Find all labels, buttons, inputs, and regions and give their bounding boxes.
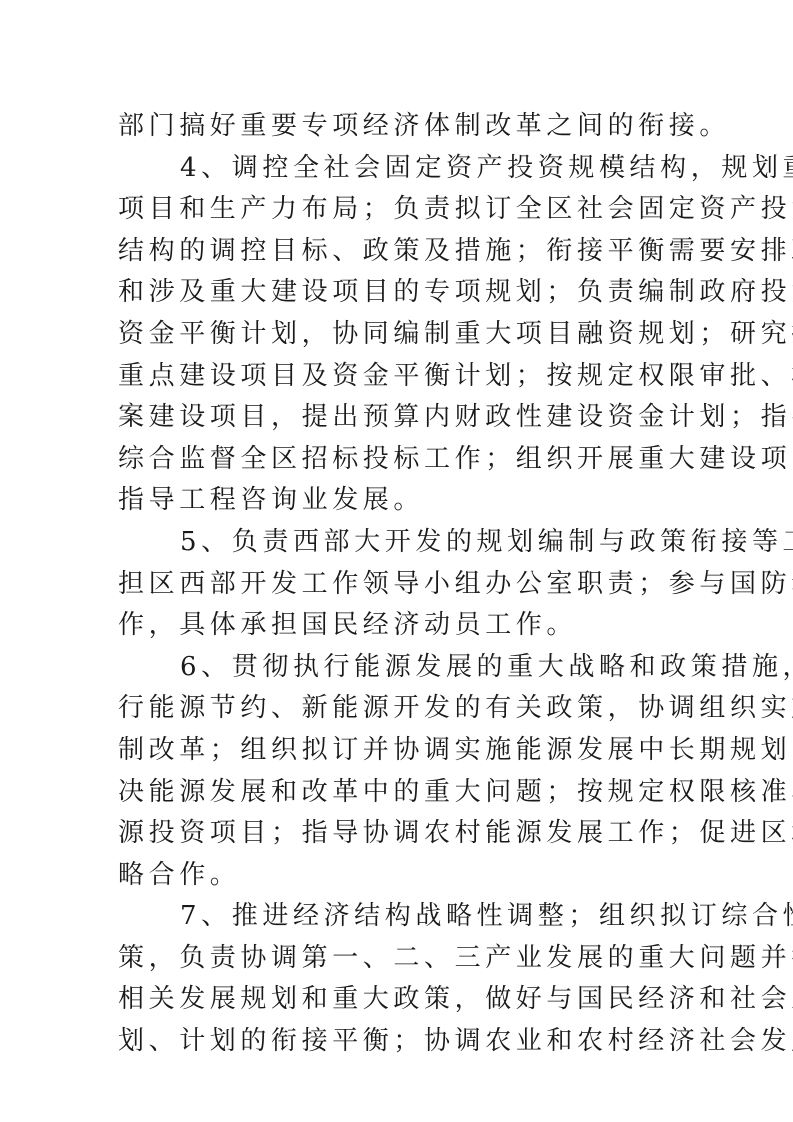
text-line: 资金平衡计划，协同编制重大项目融资规划；研究提出年度 <box>118 314 678 356</box>
paragraph-item-4: 4、调控全社会固定资产投资规模结构，规划重大建设 项目和生产力布局；负责拟订全区… <box>118 148 678 522</box>
text-line: 结构的调控目标、政策及措施；衔接平衡需要安排政府投资 <box>118 231 678 273</box>
document-page: 部门搞好重要专项经济体制改革之间的衔接。 4、调控全社会固定资产投资规模结构，规… <box>118 106 678 1063</box>
text-line: 重点建设项目及资金平衡计划；按规定权限审批、核准、备 <box>118 356 678 398</box>
paragraph-item-5: 5、负责西部大开发的规划编制与政策衔接等工作，承 担区西部开发工作领导小组办公室… <box>118 522 678 647</box>
text-line: 6、贯彻执行能源发展的重大战略和政策措施，贯彻执 <box>118 647 678 689</box>
text-line: 7、推进经济结构战略性调整；组织拟订综合性产业政 <box>118 896 678 938</box>
text-line: 部门搞好重要专项经济体制改革之间的衔接。 <box>118 106 678 148</box>
text-line: 作，具体承担国民经济动员工作。 <box>118 605 678 647</box>
text-line: 行能源节约、新能源开发的有关政策，协调组织实施能源体 <box>118 688 678 730</box>
paragraph-item-6: 6、贯彻执行能源发展的重大战略和政策措施，贯彻执 行能源节约、新能源开发的有关政… <box>118 647 678 897</box>
text-line: 源投资项目；指导协调农村能源发展工作；促进区域能源战 <box>118 813 678 855</box>
text-line: 综合监督全区招标投标工作；组织开展重大建设项目稽察。 <box>118 439 678 481</box>
text-line: 指导工程咨询业发展。 <box>118 480 678 522</box>
text-line: 决能源发展和改革中的重大问题；按规定权限核准、审核能 <box>118 772 678 814</box>
paragraph-continuation: 部门搞好重要专项经济体制改革之间的衔接。 <box>118 106 678 148</box>
paragraph-item-7: 7、推进经济结构战略性调整；组织拟订综合性产业政 策，负责协调第一、二、三产业发… <box>118 896 678 1062</box>
text-line: 案建设项目，提出预算内财政性建设资金计划；指导协调和 <box>118 397 678 439</box>
text-line: 策，负责协调第一、二、三产业发展的重大问题并衔接平衡 <box>118 938 678 980</box>
text-line: 划、计划的衔接平衡；协调农业和农村经济社会发展的重大 <box>118 1021 678 1063</box>
text-line: 项目和生产力布局；负责拟订全区社会固定资产投资规模和 <box>118 189 678 231</box>
text-line: 和涉及重大建设项目的专项规划；负责编制政府投资规划及 <box>118 272 678 314</box>
text-line: 略合作。 <box>118 855 678 897</box>
text-line: 担区西部开发工作领导小组办公室职责；参与国防动员工 <box>118 564 678 606</box>
text-line: 4、调控全社会固定资产投资规模结构，规划重大建设 <box>118 148 678 190</box>
text-line: 5、负责西部大开发的规划编制与政策衔接等工作，承 <box>118 522 678 564</box>
text-line: 相关发展规划和重大政策，做好与国民经济和社会发展规 <box>118 979 678 1021</box>
text-line: 制改革；组织拟订并协调实施能源发展中长期规划；着力解 <box>118 730 678 772</box>
